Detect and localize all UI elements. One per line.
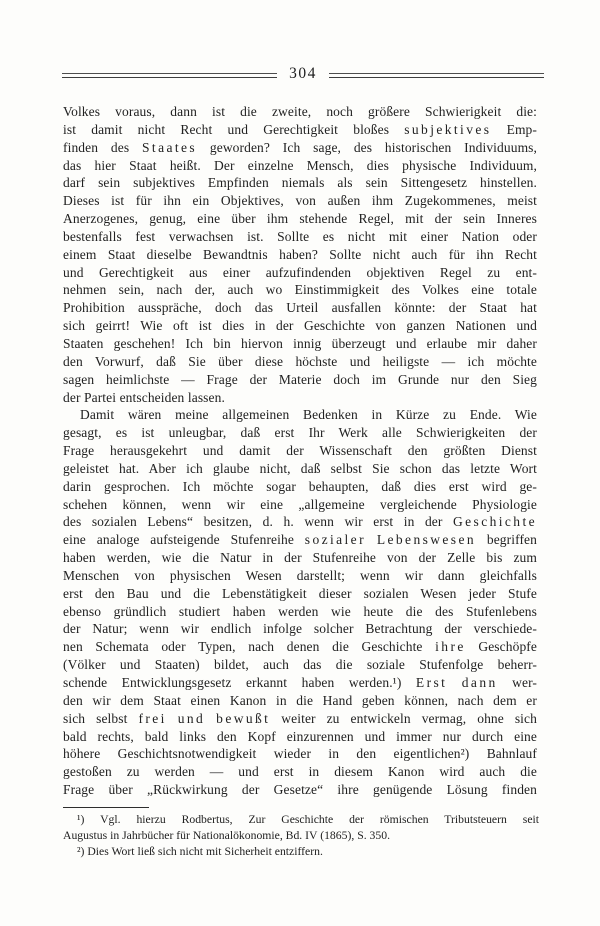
text-line: ²) Dies Wort ließ sich nicht mit Sicherh… <box>63 844 539 860</box>
paragraph: Volkes voraus, dann ist die zweite, noch… <box>63 103 537 406</box>
text-line: haben werden, wie die Natur in der Stufe… <box>63 549 537 567</box>
letterspaced-emphasis: subjektives <box>404 122 491 137</box>
text-line: den Vorwurf, daß Sie über diese höchste … <box>63 353 537 371</box>
text-line: eine analoge aufsteigende Stufenreihe so… <box>63 531 537 549</box>
text-line: darf sein subjektives Empfinden niemals … <box>63 174 537 192</box>
text-line: nehmen sein, nach der, auch wo Einstimmi… <box>63 281 537 299</box>
text-line: gesagt, es ist unleugbar, daß erst Ihr W… <box>63 424 537 442</box>
letterspaced-emphasis: Geschichte <box>453 514 537 529</box>
text-line: schehen können, wenn wir eine „allgemein… <box>63 496 537 514</box>
footnotes: ¹) Vgl. hierzu Rodbertus, Zur Geschichte… <box>63 812 539 860</box>
header-rule-left <box>62 73 277 78</box>
text-line: das hier Staat heißt. Der einzelne Mensc… <box>63 157 537 175</box>
text-line: Augustus in Jahrbücher für Nationalökono… <box>63 828 539 844</box>
letterspaced-emphasis: ihre <box>435 639 466 654</box>
letterspaced-emphasis: Staates <box>142 140 197 155</box>
text-line: erst den Bau und die Lebenstätigkeit die… <box>63 585 537 603</box>
text-line: sich geirrt! Wie oft ist dies in der Ges… <box>63 317 537 335</box>
letterspaced-emphasis: frei <box>138 711 166 726</box>
text-line: schende Entwicklungsgesetz erkannt haben… <box>63 674 537 692</box>
text-line: Prohibition ausspräche, doch das Urteil … <box>63 299 537 317</box>
text-line: höhere Geschichtsnotwendigkeit wieder in… <box>63 745 537 763</box>
text-line: des sozialen Lebens“ besitzen, d. h. wen… <box>63 513 537 531</box>
text-line: Damit wären meine allgemeinen Bedenken i… <box>63 406 537 424</box>
text-line: Frage über „Rückwirkung der Gesetze“ ihr… <box>63 781 537 799</box>
page-header: 304 <box>62 64 544 84</box>
letterspaced-emphasis: und <box>178 711 205 726</box>
page-number: 304 <box>286 66 320 82</box>
text-line: und Gerechtigkeit aus einer aufzufindend… <box>63 264 537 282</box>
text-line: gestoßen zu werden — und erst in diesem … <box>63 763 537 781</box>
text-line: (Völker und Staaten) bildet, auch das di… <box>63 656 537 674</box>
footnote: ²) Dies Wort ließ sich nicht mit Sicherh… <box>63 844 539 860</box>
text-line: nen Schemata oder Typen, nach denen die … <box>63 638 537 656</box>
letterspaced-emphasis: dann <box>462 675 498 690</box>
footnote-separator-rule <box>63 807 149 808</box>
text-line: bestenfalls fest verwachsen ist. Sollte … <box>63 228 537 246</box>
text-line: ebenso gründlich studiert haben werden w… <box>63 603 537 621</box>
text-line: ¹) Vgl. hierzu Rodbertus, Zur Geschichte… <box>63 812 539 828</box>
paragraph: Damit wären meine allgemeinen Bedenken i… <box>63 406 537 799</box>
letterspaced-emphasis: Erst <box>416 675 447 690</box>
text-line: sich selbst frei und bewußt weiter zu en… <box>63 710 537 728</box>
text-line: finden des Staates geworden? Ich sage, d… <box>63 139 537 157</box>
text-line: Dieses ist für ihn ein Objektives, von a… <box>63 192 537 210</box>
text-line: den wir dem Staat einen Kanon in die Han… <box>63 692 537 710</box>
text-line: darin gesprochen. Ich möchte sogar behau… <box>63 478 537 496</box>
text-line: Staaten geschehen! Ich bin hiervon innig… <box>63 335 537 353</box>
letterspaced-emphasis: bewußt <box>216 711 270 726</box>
text-line: der Partei entscheiden lassen. <box>63 389 537 407</box>
text-line: einem Staat dieselbe Bewandtnis haben? S… <box>63 246 537 264</box>
text-line: der Natur; wenn wir endlich infolge solc… <box>63 620 537 638</box>
text-line: geleistet hat. Aber ich glaube nicht, da… <box>63 460 537 478</box>
text-line: Menschen von physischen Wesen darstellt;… <box>63 567 537 585</box>
text-line: Frage herausgekehrt und damit der Wissen… <box>63 442 537 460</box>
letterspaced-emphasis: Lebenswesen <box>377 532 476 547</box>
footnote: ¹) Vgl. hierzu Rodbertus, Zur Geschichte… <box>63 812 539 844</box>
text-line: Anerzogenes, genug, eine über ihm stehen… <box>63 210 537 228</box>
letterspaced-emphasis: sozialer <box>305 532 366 547</box>
scanned-book-page: 304 Volkes voraus, dann ist die zweite, … <box>0 0 600 926</box>
page-body: Volkes voraus, dann ist die zweite, noch… <box>63 103 537 799</box>
header-rule-right <box>329 73 544 78</box>
text-line: sagen heimlichste — Frage der Materie do… <box>63 371 537 389</box>
text-line: ist damit nicht Recht und Gerechtigkeit … <box>63 121 537 139</box>
text-line: Volkes voraus, dann ist die zweite, noch… <box>63 103 537 121</box>
text-line: bald rechts, bald links den Kopf einzure… <box>63 728 537 746</box>
